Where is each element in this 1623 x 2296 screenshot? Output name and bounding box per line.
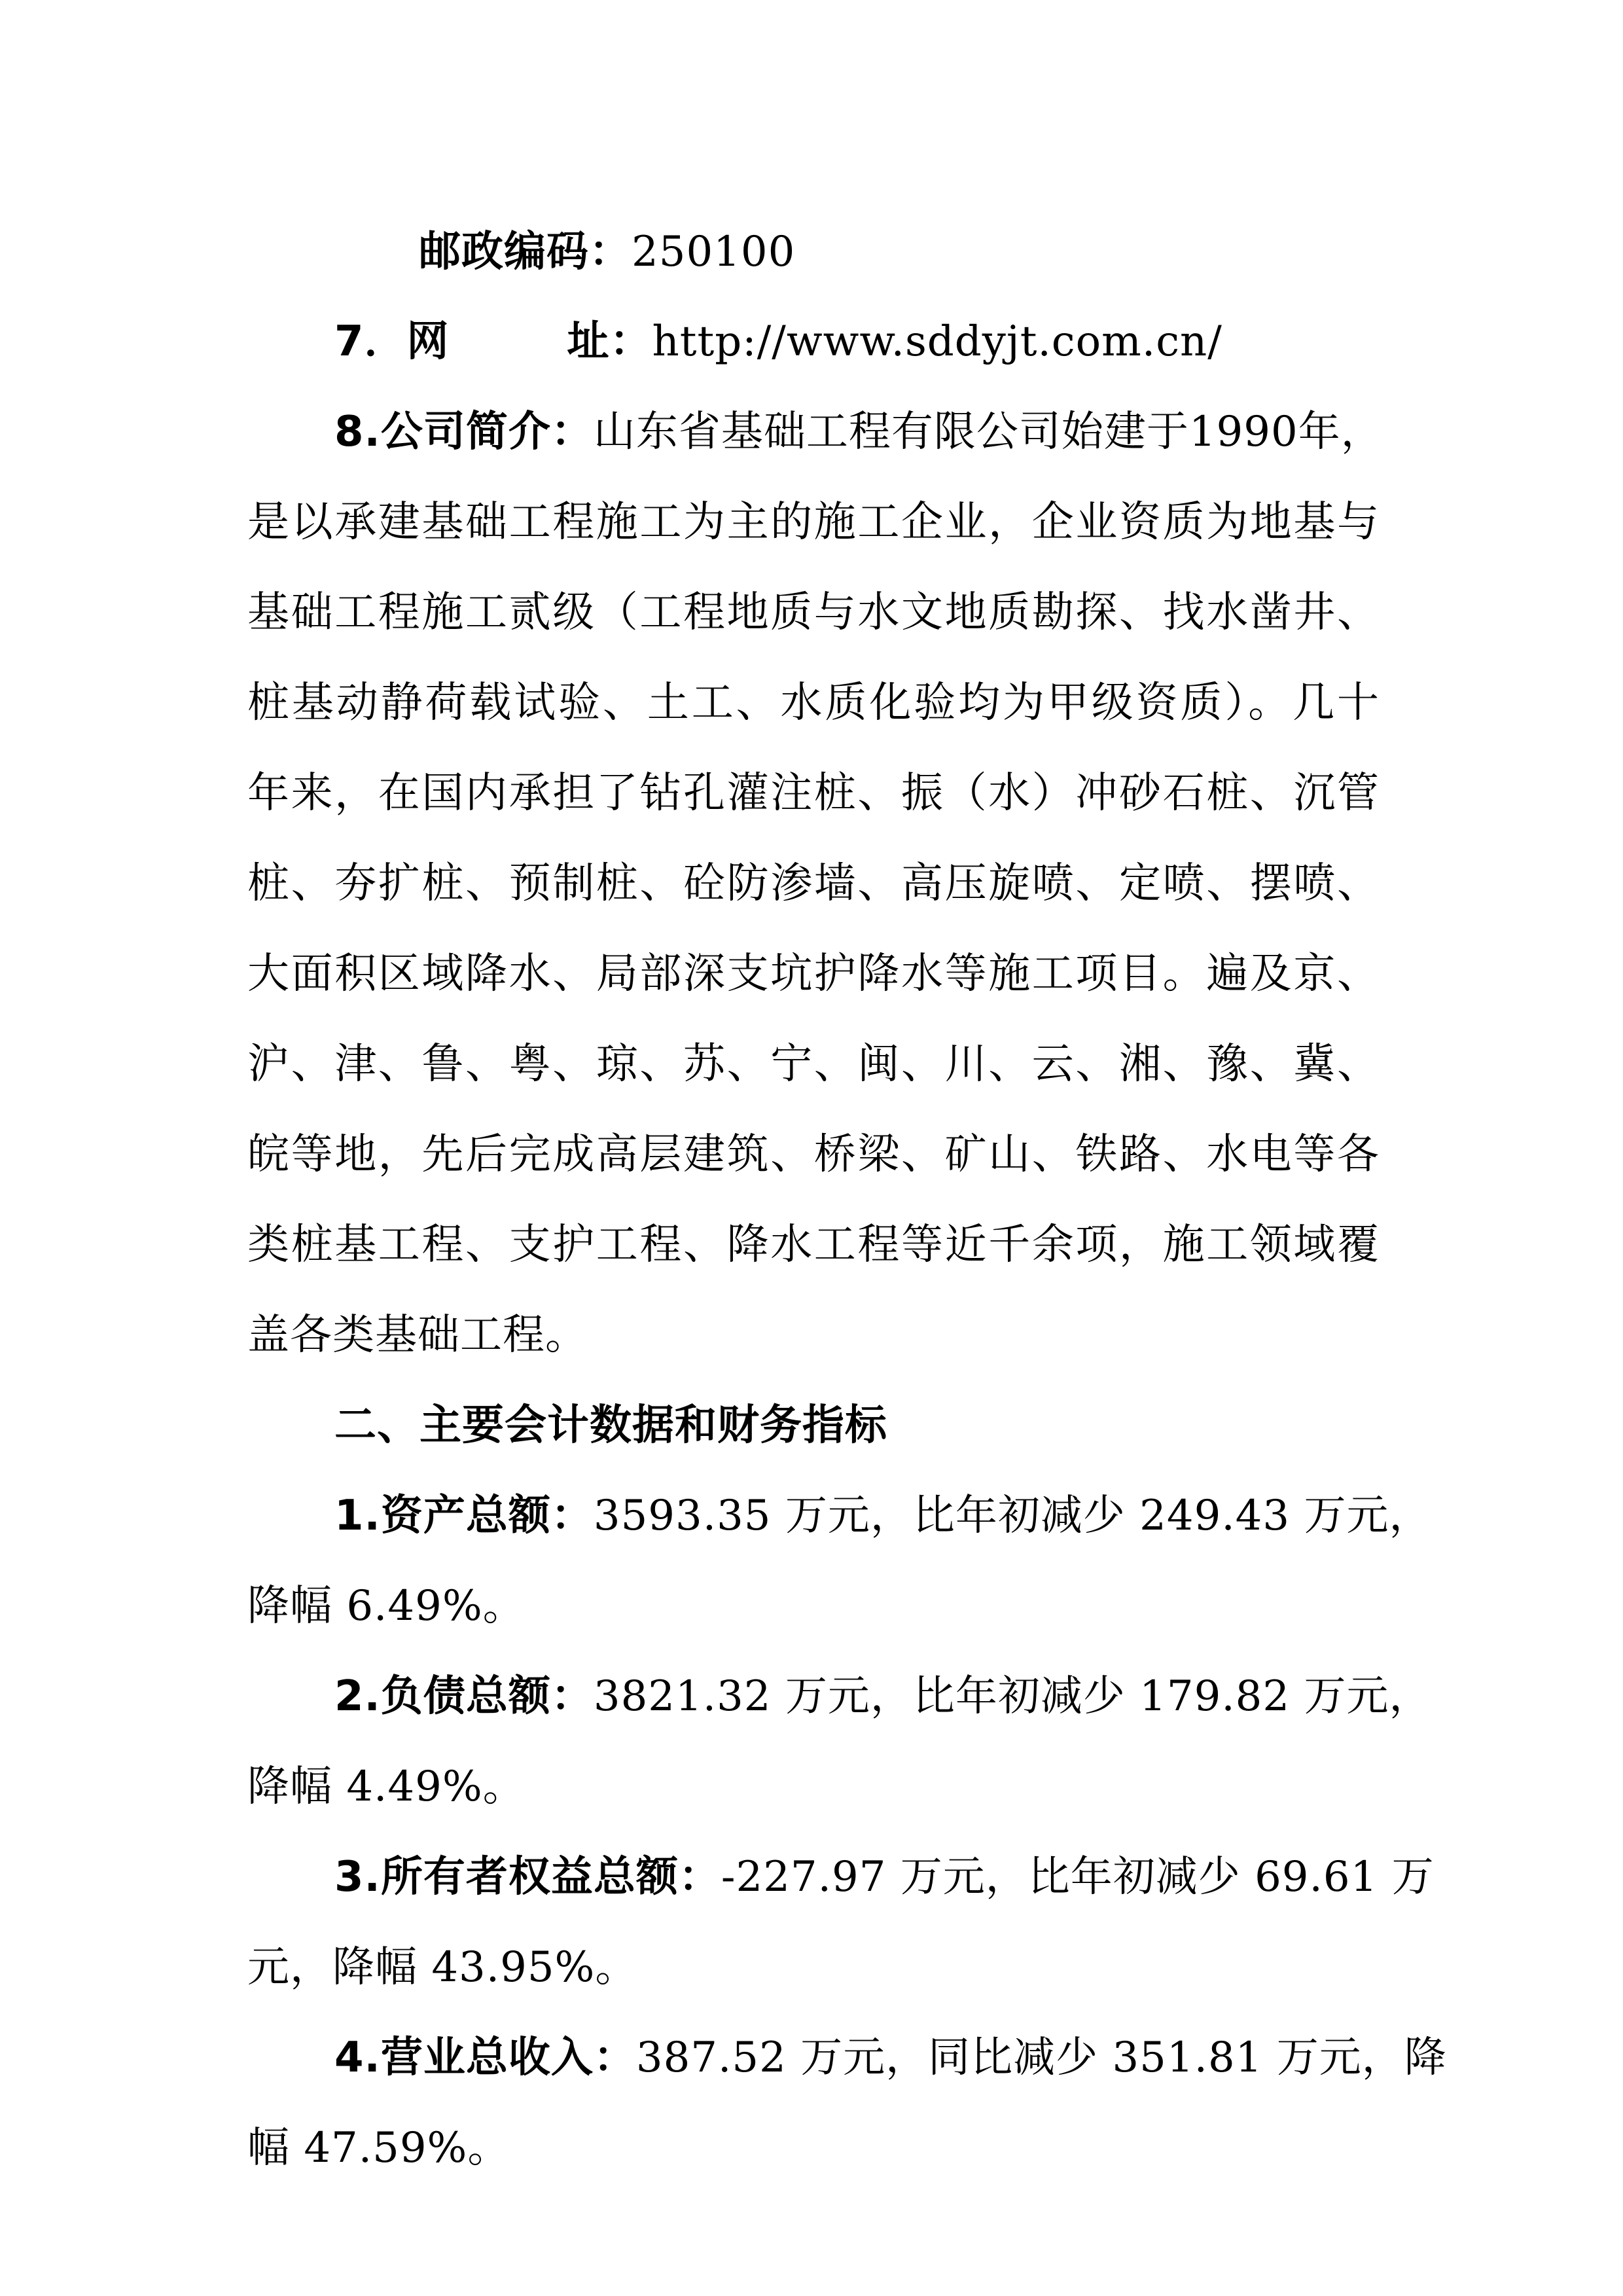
metric-total-liabilities-line-2: 降幅 4.49%。 [247,1742,1380,1833]
postal-code-label: 邮政编码： [419,228,632,276]
profile-line-3: 基础工程施工贰级（工程地质与水文地质勘探、找水凿井、 [247,567,1380,658]
profile-line-6: 桩、夯扩桩、预制桩、砼防渗墙、高压旋喷、定喷、摆喷、 [247,838,1380,929]
metric-total-liabilities-value: 3821.32 万元，比年初减少 179.82 万元， [594,1672,1432,1721]
website-label-part1: 网 [407,317,450,366]
postal-code-line: 邮政编码：250100 [419,207,942,298]
metric-total-assets-line-2: 降幅 6.49%。 [247,1561,1380,1652]
metric-owners-equity-value: -227.97 万元，比年初减少 69.61 万 [721,1853,1435,1901]
profile-line-7: 大面积区域降水、局部深支坑护降水等施工项目。遍及京、 [247,929,1380,1020]
website-label-part2: 址： [567,317,652,366]
section-heading: 二、主要会计数据和财务指标 [334,1380,1380,1471]
profile-line-5: 年来，在国内承担了钻孔灌注桩、振（水）冲砂石桩、沉管 [247,748,1380,839]
profile-line-4: 桩基动静荷载试验、土工、水质化验均为甲级资质）。几十 [247,658,1380,749]
metric-total-assets-label: 1.资产总额： [334,1492,594,1540]
profile-line-8: 沪、津、鲁、粤、琼、苏、宁、闽、川、云、湘、豫、冀、 [247,1019,1380,1110]
metric-owners-equity-line-1: 3.所有者权益总额：-227.97 万元，比年初减少 69.61 万 [334,1832,1380,1923]
profile-line-11: 盖各类基础工程。 [247,1290,1380,1381]
profile-line-10: 类桩基工程、支护工程、降水工程等近千余项，施工领域覆 [247,1200,1380,1291]
metric-total-assets-value: 3593.35 万元，比年初减少 249.43 万元， [594,1492,1432,1540]
metric-total-liabilities-label: 2.负债总额： [334,1672,594,1721]
profile-line-9: 皖等地，先后完成高层建筑、桥梁、矿山、铁路、水电等各 [247,1109,1380,1200]
profile-label: 8.公司简介： [334,408,594,456]
profile-text: 山东省基础工程有限公司始建于1990年， [594,408,1383,456]
metric-total-liabilities-line-1: 2.负债总额：3821.32 万元，比年初减少 179.82 万元， [334,1651,1380,1742]
document-page: 邮政编码：250100 7．网址：http://www.sddyjt.com.c… [0,0,1623,2296]
website-item-number: 7． [334,317,407,366]
metric-owners-equity-label: 3.所有者权益总额： [334,1853,721,1901]
metric-total-revenue-label: 4.营业总收入： [334,2034,636,2082]
website-url: http://www.sddyjt.com.cn/ [652,317,1222,366]
metric-total-revenue-line-2: 幅 47.59%。 [247,2103,1380,2194]
postal-code-value: 250100 [632,228,795,276]
metric-total-assets-line-1: 1.资产总额：3593.35 万元，比年初减少 249.43 万元， [334,1471,1380,1562]
metric-total-revenue-line-1: 4.营业总收入：387.52 万元，同比减少 351.81 万元，降 [334,2013,1380,2104]
website-line: 7．网址：http://www.sddyjt.com.cn/ [334,296,1380,387]
metric-owners-equity-line-2: 元，降幅 43.95%。 [247,1922,1380,2013]
profile-line-2: 是以承建基础工程施工为主的施工企业，企业资质为地基与 [247,477,1380,568]
profile-line-1: 8.公司简介：山东省基础工程有限公司始建于1990年， [334,387,1380,478]
metric-total-revenue-value: 387.52 万元，同比减少 351.81 万元，降 [636,2034,1447,2082]
